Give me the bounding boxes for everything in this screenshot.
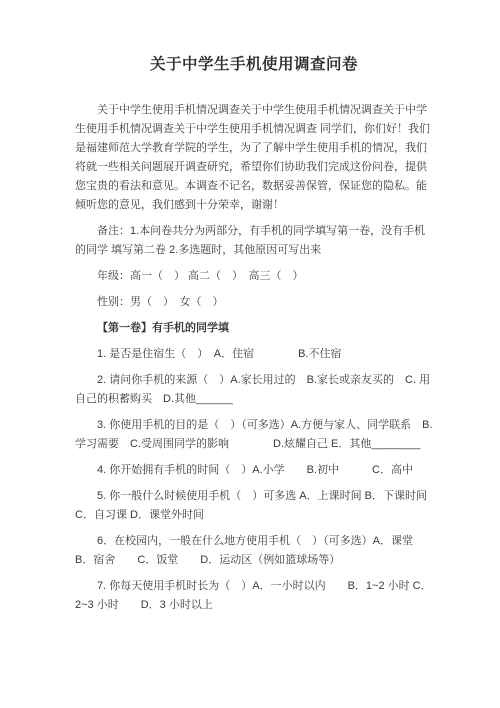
grade-field-line: 年级：高一（ ） 高二（ ） 高三（ ） [75,267,433,286]
questionnaire-document: 关于中学生手机使用调查问卷 关于中学生使用手机情况调查关于中学生使用手机情况调查… [0,0,500,708]
section-heading: 【第一卷】有手机的同学填 [75,319,433,338]
question-2: 2. 请问你手机的来源（ ）A.家长用过的 B.家长或亲友买的 C. 用自己的积… [75,371,433,409]
question-list: 1. 是否是住宿生（ ） A．住宿 B.不住宿 2. 请问你手机的来源（ ）A.… [75,345,433,615]
question-4: 4. 你开始拥有手机的时间（ ）A.小学 B.初中 C．高中 [75,461,433,480]
question-3: 3. 你使用手机的目的是（ ）（可多选）A.方便与家人、同学联系 B. 学习需要… [75,416,433,454]
question-5: 5. 你一般什么时候使用手机（ ）可多选 A．上课时间 B．下课时间 C．自习课… [75,487,433,525]
question-7: 7. 你每天使用手机时长为（ ）A．一小时以内 B．1~2 小时 C．2~3 小… [75,577,433,615]
gender-field-line: 性别：男（ ） 女（ ） [75,293,433,312]
note-paragraph: 备注：1.本问卷共分为两部分，有手机的同学填写第一卷，没有手机的同学 填写第二卷… [75,222,433,260]
document-title: 关于中学生手机使用调查问卷 [75,52,433,74]
question-1: 1. 是否是住宿生（ ） A．住宿 B.不住宿 [75,345,433,364]
question-6: 6．在校园内，一般在什么地方使用手机（ ）（可多选）A．课堂 B．宿舍 C．饭堂… [75,532,433,570]
intro-paragraph: 关于中学生使用手机情况调查关于中学生使用手机情况调查关于中学生使用手机情况调查关… [75,101,433,215]
